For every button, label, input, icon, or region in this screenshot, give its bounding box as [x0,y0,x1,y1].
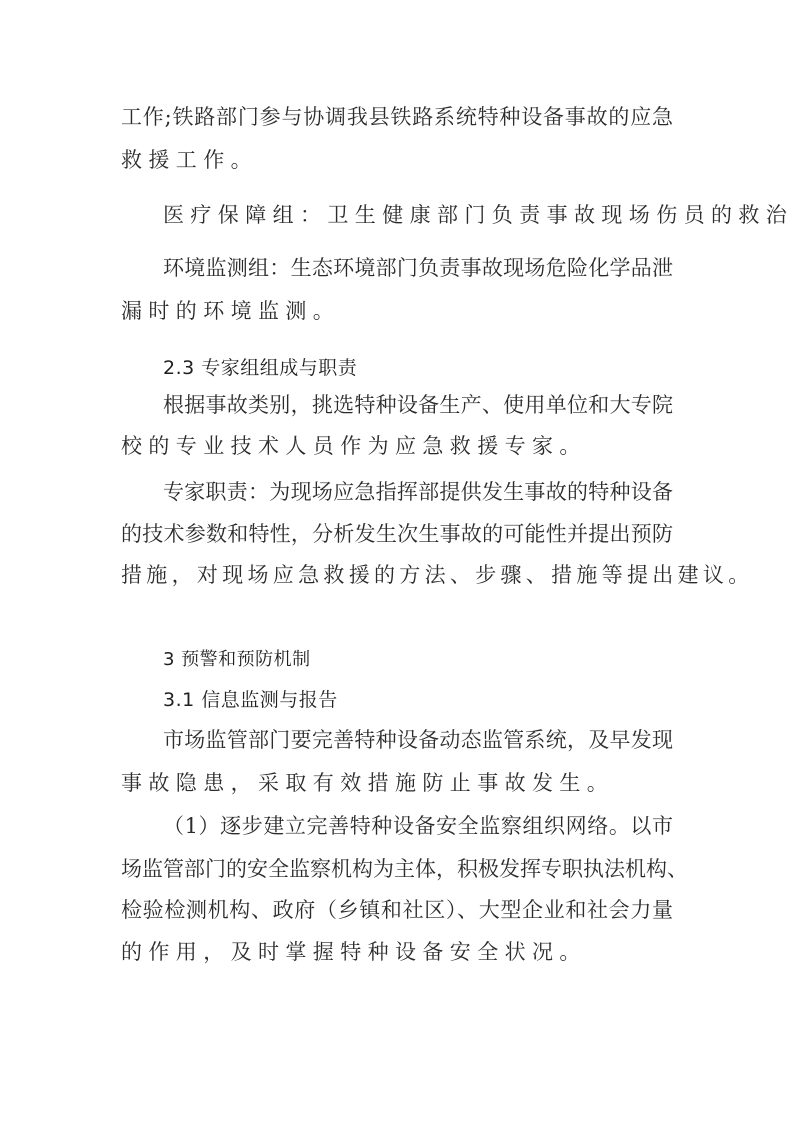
paragraph-line: 场监管部门的安全监察机构为主体，积极发挥专职执法机构、 [121,855,681,883]
section-heading: 3.1 信息监测与报告 [163,685,338,715]
paragraph-line: 的技术参数和特性，分析发生次生事故的可能性并提出预防 [121,520,673,548]
paragraph-line: 检验检测机构、政府（乡镇和社区）、大型企业和社会力量 [121,896,673,924]
paragraph-line: 校的专业技术人员作为应急救援专家。 [121,432,681,460]
paragraph-line: （1）逐步建立完善特种设备安全监察组织网络。以市 [163,812,673,840]
paragraph-line: 措施，对现场应急救援的方法、步骤、措施等提出建议。 [121,561,681,589]
paragraph-line: 救援工作。 [121,146,681,174]
paragraph-line: 的作用，及时掌握特种设备安全状况。 [121,938,681,966]
paragraph-line: 漏时的环境监测。 [121,297,681,325]
paragraph-line: 环境监测组：生态环境部门负责事故现场危险化学品泄 [163,254,673,282]
chapter-heading: 3 预警和预防机制 [163,645,311,675]
document-page: 工作;铁路部门参与协调我县铁路系统特种设备事故的应急 救援工作。 医疗保障组：卫… [0,0,793,1122]
paragraph-line: 工作;铁路部门参与协调我县铁路系统特种设备事故的应急 [121,103,673,131]
paragraph-line: 市场监管部门要完善特种设备动态监管系统，及早发现 [163,726,673,754]
paragraph-line: 事故隐患，采取有效措施防止事故发生。 [121,769,681,797]
paragraph-line: 专家职责：为现场应急指挥部提供发生事故的特种设备 [163,478,673,506]
paragraph-line: 根据事故类别，挑选特种设备生产、使用单位和大专院 [163,391,673,419]
paragraph-line: 医疗保障组：卫生健康部门负责事故现场伤员的救治。 [163,201,723,229]
section-heading: 2.3 专家组组成与职责 [163,353,357,383]
